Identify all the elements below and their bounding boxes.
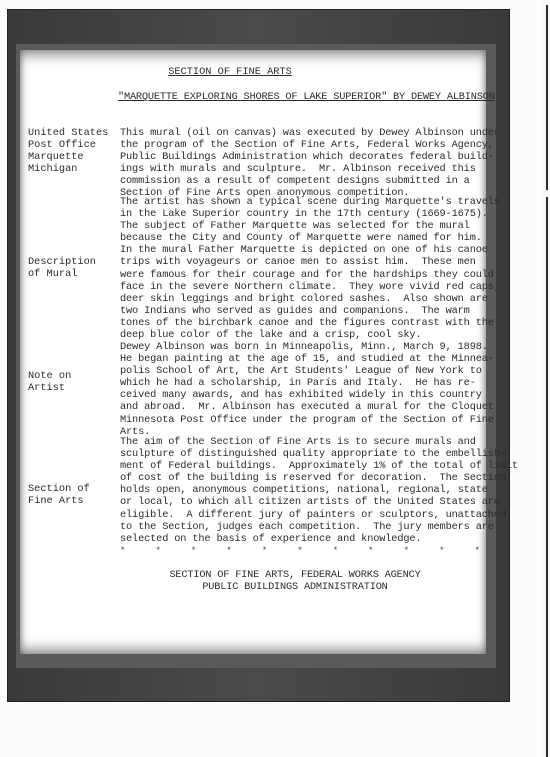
paragraph-mural: This mural (oil on canvas) was executed … xyxy=(120,127,480,200)
star: * xyxy=(475,545,480,557)
star: * xyxy=(120,545,125,557)
document-subtitle: "MARQUETTE EXPLORING SHORES OF LAKE SUPE… xyxy=(118,91,498,103)
star: * xyxy=(155,545,160,557)
side-label-description: Description of Mural xyxy=(28,256,108,280)
footer-agency: SECTION OF FINE ARTS, FEDERAL WORKS AGEN… xyxy=(20,569,550,581)
side-label-section: Section of Fine Arts xyxy=(28,483,108,507)
separator-stars: * * * * * * * * * * * xyxy=(120,545,480,557)
star: * xyxy=(226,545,231,557)
paragraph-section: The aim of the Section of Fine Arts is t… xyxy=(120,436,480,545)
star: * xyxy=(404,545,409,557)
star: * xyxy=(333,545,338,557)
typewritten-document: SECTION OF FINE ARTS "MARQUETTE EXPLORIN… xyxy=(0,0,550,757)
star: * xyxy=(368,545,373,557)
footer-administration: PUBLIC BUILDINGS ADMINISTRATION xyxy=(20,581,550,593)
paragraph-artist: Dewey Albinson was born in Minneapolis, … xyxy=(120,341,480,438)
side-label-location: United States Post Office Marquette Mich… xyxy=(28,127,108,175)
star: * xyxy=(262,545,267,557)
star: * xyxy=(191,545,196,557)
side-label-artist: Note on Artist xyxy=(28,370,108,394)
star: * xyxy=(439,545,444,557)
document-title: SECTION OF FINE ARTS xyxy=(110,66,350,78)
star: * xyxy=(297,545,302,557)
paragraph-description: The artist has shown a typical scene dur… xyxy=(120,196,480,341)
